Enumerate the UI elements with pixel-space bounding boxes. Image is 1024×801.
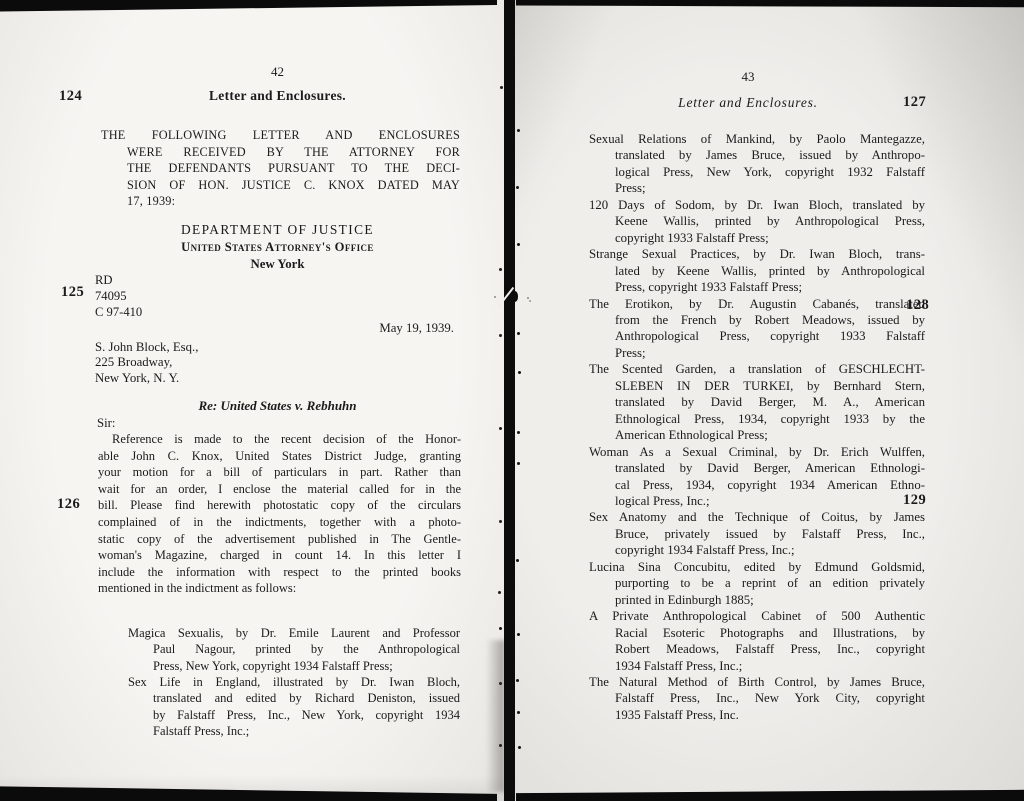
text-line: printed in Edinburgh 1885; — [589, 592, 925, 608]
text-line: RD — [95, 273, 142, 289]
text-line: logical Press, Inc.; — [589, 493, 925, 509]
letterhead-department: DEPARTMENT OF JUSTICE — [95, 222, 460, 238]
text-line: 74095 — [95, 289, 142, 305]
text-line: SLEBEN IN DER TURKEI, by Bernhard Stern, — [589, 378, 925, 394]
text-line: WERE RECEIVED BY THE ATTORNEY FOR — [101, 144, 460, 161]
text-line: translated by James Bruce, issued by Ant… — [589, 147, 925, 163]
margin-number: 125 — [61, 284, 84, 301]
text-line: Woman As a Sexual Criminal, by Dr. Erich… — [589, 444, 925, 460]
text-line: The Scented Garden, a translation of GES… — [589, 361, 925, 377]
letterhead-office: United States Attorney's Office — [95, 240, 460, 255]
text-line: Reference is made to the recent decision… — [98, 431, 461, 448]
text-line: The Erotikon, by Dr. Augustin Cabanés, t… — [589, 296, 925, 312]
text-line: woman's Magazine, charged in count 14. I… — [98, 547, 461, 564]
binding-fold-line — [504, 0, 515, 801]
text-line: Magica Sexualis, by Dr. Emile Laurent an… — [128, 625, 460, 641]
text-line: Falstaff Press, Inc.; — [128, 723, 460, 739]
text-line: Strange Sexual Practices, by Dr. Iwan Bl… — [589, 246, 925, 262]
margin-number: 126 — [57, 496, 80, 513]
text-line: bill. Please find herewith photostatic c… — [98, 497, 461, 514]
scan-dots — [0, 0, 2, 2]
text-line: Sexual Relations of Mankind, by Paolo Ma… — [589, 131, 925, 147]
text-line: your motion for a bill of particulars in… — [98, 464, 461, 481]
text-line: Press; — [589, 345, 925, 361]
margin-number: 124 — [59, 88, 82, 105]
text-line: cal Press, 1934, copyright 1934 American… — [589, 477, 925, 493]
text-line: Press, copyright 1933 Falstaff Press; — [589, 279, 925, 295]
text-line: American Ethnological Press; — [589, 427, 925, 443]
text-line: Ethnological Press, 1934, copyright 1933… — [589, 411, 925, 427]
book-entry: A Private Anthropological Cabinet of 500… — [589, 608, 925, 674]
text-line: by Falstaff Press, Inc., New York, copyr… — [128, 707, 460, 723]
gutter-shadow — [486, 640, 505, 792]
left-running-head: Letter and Enclosures. — [95, 88, 460, 104]
text-line: Bruce, privately issued by Falstaff Pres… — [589, 526, 925, 542]
book-entry: Magica Sexualis, by Dr. Emile Laurent an… — [128, 625, 460, 674]
file-reference: RD74095C 97-410 — [95, 273, 142, 320]
text-line: lated by Keene Wallis, printed by Anthro… — [589, 263, 925, 279]
text-line: purporting to be a reprint of an edition… — [589, 575, 925, 591]
text-line: 17, 1939: — [101, 193, 460, 210]
text-line: mentioned in the indictment as follows: — [98, 580, 461, 597]
text-line: Racial Esoteric Photographs and Illustra… — [589, 625, 925, 641]
salutation: Sir: — [97, 416, 116, 431]
text-line: Anthropological Press, copyright 1933 Fa… — [589, 328, 925, 344]
text-line: Paul Nagour, printed by the Anthropologi… — [128, 641, 460, 657]
right-running-head: Letter and Enclosures. — [580, 95, 916, 111]
right-page-number: 43 — [580, 69, 916, 85]
text-line: complained of in the indictments, togeth… — [98, 514, 461, 531]
text-line: Sex Anatomy and the Technique of Coitus,… — [589, 509, 925, 525]
text-line: wait for an order, I enclose the materia… — [98, 481, 461, 498]
intro-paragraph: THE FOLLOWING LETTER AND ENCLOSURESWERE … — [101, 127, 460, 210]
text-line: SION OF HON. JUSTICE C. KNOX DATED MAY — [101, 177, 460, 194]
text-line: The Natural Method of Birth Control, by … — [589, 674, 925, 690]
text-line: Robert Meadows, Falstaff Press, Inc., co… — [589, 641, 925, 657]
ink-blot — [511, 291, 518, 302]
text-line: C 97-410 — [95, 305, 142, 321]
book-entry: Sex Anatomy and the Technique of Coitus,… — [589, 509, 925, 558]
book-entry: Sexual Relations of Mankind, by Paolo Ma… — [589, 131, 925, 197]
letter-body: Reference is made to the recent decision… — [98, 431, 461, 597]
letterhead-city: New York — [95, 257, 460, 272]
text-line: New York, N. Y. — [95, 371, 198, 386]
text-line: Falstaff Press, Inc., New York City, cop… — [589, 690, 925, 706]
book-entry: 120 Days of Sodom, by Dr. Iwan Bloch, tr… — [589, 197, 925, 246]
book-entry: Strange Sexual Practices, by Dr. Iwan Bl… — [589, 246, 925, 295]
book-entry: Woman As a Sexual Criminal, by Dr. Erich… — [589, 444, 925, 510]
book-entry: The Erotikon, by Dr. Augustin Cabanés, t… — [589, 296, 925, 362]
book-list-right: Sexual Relations of Mankind, by Paolo Ma… — [589, 131, 925, 723]
book-entry: Lucina Sina Concubitu, edited by Edmund … — [589, 559, 925, 608]
scanned-book-spread: 42 Letter and Enclosures. 124 125 126 TH… — [0, 0, 1024, 801]
text-line: Keene Wallis, printed by Anthropological… — [589, 213, 925, 229]
margin-number: 127 — [903, 94, 926, 111]
text-line: able John C. Knox, United States Distric… — [98, 448, 461, 465]
text-line: Lucina Sina Concubitu, edited by Edmund … — [589, 559, 925, 575]
text-line: THE DEFENDANTS PURSUANT TO THE DECI- — [101, 160, 460, 177]
text-line: 225 Broadway, — [95, 355, 198, 370]
text-line: translated and edited by Richard Denisto… — [128, 690, 460, 706]
book-entry: The Natural Method of Birth Control, by … — [589, 674, 925, 723]
text-line: 1934 Falstaff Press, Inc.; — [589, 658, 925, 674]
text-line: Press, New York, copyright 1934 Falstaff… — [128, 658, 460, 674]
book-entry: Sex Life in England, illustrated by Dr. … — [128, 674, 460, 739]
re-subject-line: Re: United States v. Rebhuhn — [95, 398, 460, 414]
left-page-number: 42 — [95, 64, 460, 80]
text-line: translated by David Berger, M. A., Ameri… — [589, 394, 925, 410]
text-line: copyright 1933 Falstaff Press; — [589, 230, 925, 246]
letter-date: May 19, 1939. — [95, 321, 462, 336]
text-line: logical Press, New York, copyright 1932 … — [589, 164, 925, 180]
book-entry: The Scented Garden, a translation of GES… — [589, 361, 925, 443]
text-line: copyright 1934 Falstaff Press, Inc.; — [589, 542, 925, 558]
text-line: translated by David Berger, American Eth… — [589, 460, 925, 476]
text-line: A Private Anthropological Cabinet of 500… — [589, 608, 925, 624]
text-line: include the information with respect to … — [98, 564, 461, 581]
text-line: Press; — [589, 180, 925, 196]
text-line: static copy of the advertisement publish… — [98, 531, 461, 548]
text-line: from the French by Robert Meadows, issue… — [589, 312, 925, 328]
text-line: S. John Block, Esq., — [95, 340, 198, 355]
text-line: THE FOLLOWING LETTER AND ENCLOSURES — [101, 127, 460, 144]
text-line: Sex Life in England, illustrated by Dr. … — [128, 674, 460, 690]
recipient-address: S. John Block, Esq.,225 Broadway,New Yor… — [95, 340, 198, 386]
book-list-left: Magica Sexualis, by Dr. Emile Laurent an… — [128, 625, 460, 739]
text-line: 120 Days of Sodom, by Dr. Iwan Bloch, tr… — [589, 197, 925, 213]
text-line: 1935 Falstaff Press, Inc. — [589, 707, 925, 723]
